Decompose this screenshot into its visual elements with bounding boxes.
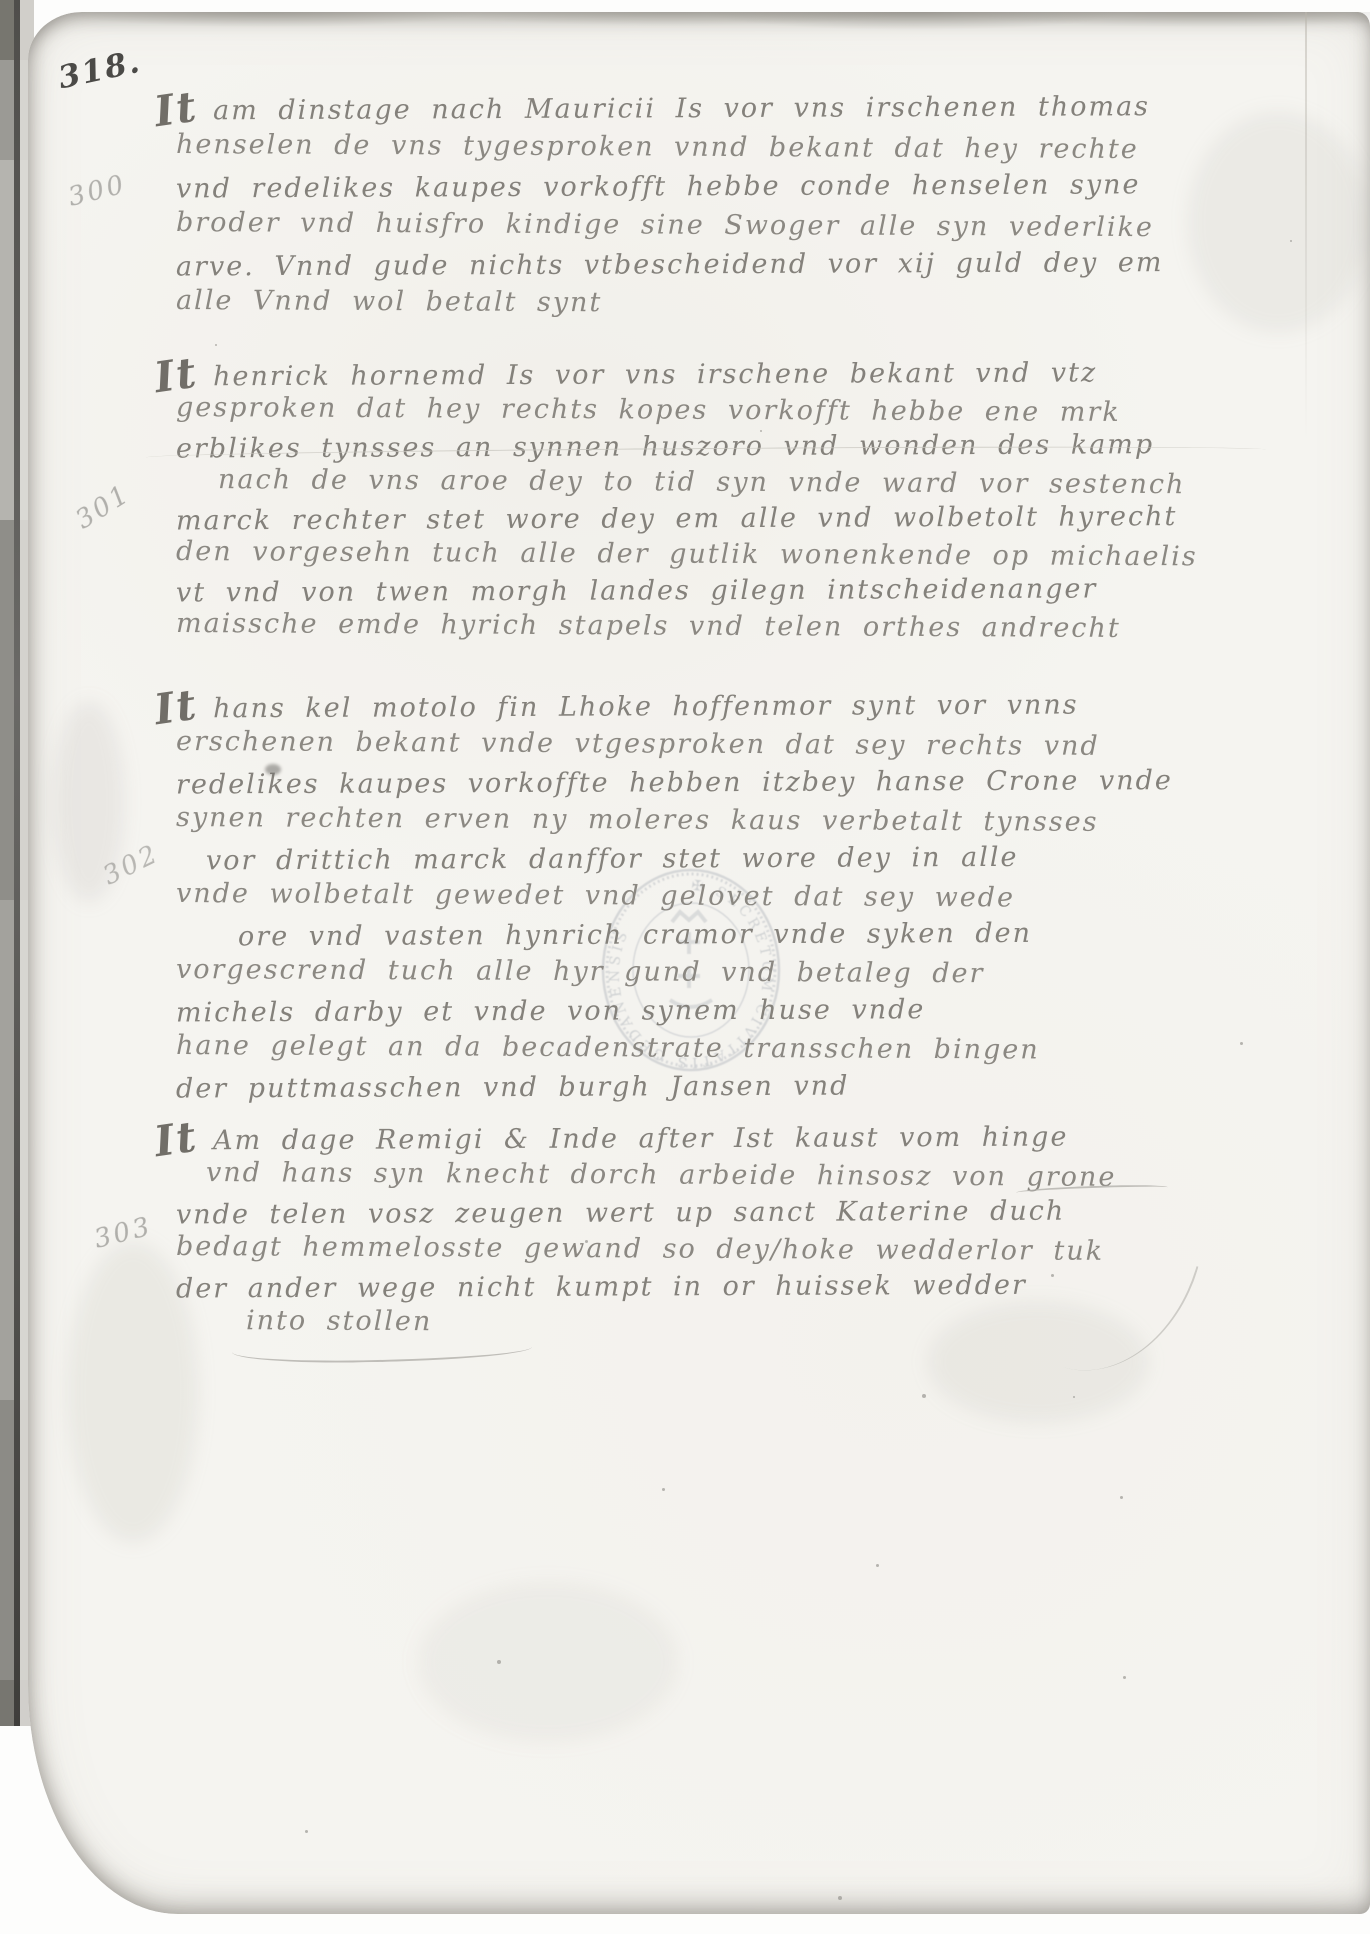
manuscript-line: Am dage Remigi & Inde after Ist kaust vo… (213, 1122, 1068, 1157)
bleed-through-ghost (54, 702, 124, 902)
manuscript-line: broder vnd huisfro kindige sine Swoger a… (176, 203, 1316, 248)
manuscript-line: nach de vns aroe dey to tid syn vnde war… (218, 462, 1316, 504)
manuscript-line: ore vnd vasten hynrich cramor vnde syken… (238, 914, 1316, 957)
foxing-speck (838, 1896, 842, 1900)
entry-block-302: Ithans kel motolo fin Lhoke hoffenmor sy… (176, 680, 1316, 1106)
margin-number-301: 301 (71, 479, 137, 536)
manuscript-line: am dinstage nach Mauricii Is vor vns irs… (213, 91, 1150, 126)
manuscript-line: henselen de vns tygesproken vnnd bekant … (176, 125, 1316, 170)
manuscript-line: vt vnd von twen morgh landes gilegn ints… (176, 571, 1316, 612)
manuscript-line: maissche emde hyrich stapels vnd telen o… (176, 606, 1316, 648)
manuscript-line: marck rechter stet wore dey em alle vnd … (176, 499, 1316, 540)
torn-top-edge (28, 12, 1370, 38)
foxing-speck (1120, 1496, 1123, 1499)
manuscript-line: michels darby et vnde von synem huse vnd… (176, 990, 1316, 1033)
manuscript-page: 318. 300 301 302 303 ✠ SECRETUM CIVITATI… (28, 12, 1370, 1914)
manuscript-line: vorgescrend tuch alle hyr gund vnd betal… (176, 951, 1316, 995)
manuscript-line: den vorgesehn tuch alle der gutlik wonen… (176, 534, 1316, 576)
foxing-speck (662, 1488, 665, 1491)
foxing-speck (1123, 1676, 1126, 1679)
foxing-speck (760, 430, 762, 432)
scanned-manuscript: 318. 300 301 302 303 ✠ SECRETUM CIVITATI… (0, 0, 1370, 1934)
manuscript-line: hans kel motolo fin Lhoke hoffenmor synt… (213, 690, 1079, 725)
foxing-speck (1240, 1042, 1243, 1045)
water-stain (1188, 112, 1368, 332)
manuscript-line: vnd redelikes kaupes vorkofft hebbe cond… (176, 165, 1316, 209)
manuscript-line: vnde telen vosz zeugen wert up sanct Kat… (176, 1192, 1316, 1234)
foxing-speck (585, 1240, 588, 1243)
manuscript-line: henrick hornemd Is vor vns irschene beka… (213, 357, 1097, 392)
ink-smudge (265, 764, 281, 775)
manuscript-line: der puttmasschen vnd burgh Jansen vnd (176, 1066, 1316, 1109)
water-stain (928, 1302, 1148, 1422)
water-stain (68, 1242, 198, 1542)
manuscript-line: vnde wolbetalt gewedet vnd gelovet dat s… (176, 875, 1316, 919)
foxing-speck (922, 1394, 926, 1398)
water-stain (418, 1582, 678, 1742)
entry-block-300: Itam dinstage nach Mauricii Is vor vns i… (176, 82, 1316, 323)
manuscript-line: vor drittich marck danffor stet wore dey… (206, 838, 1316, 881)
margin-number-300: 300 (65, 169, 129, 212)
foxing-speck (876, 1564, 879, 1567)
manuscript-line: synen rechten erven ny moleres kaus verb… (176, 799, 1316, 843)
item-mark: It (152, 1116, 201, 1164)
manuscript-line: alle Vnnd wol betalt synt (176, 281, 1316, 326)
folio-number: 318. (55, 44, 144, 97)
ink-sweep-flourish (232, 1339, 532, 1364)
manuscript-line: erschenen bekant vnde vtgesproken dat se… (176, 723, 1316, 767)
manuscript-line: hane gelegt an da becadenstrate transsch… (176, 1027, 1316, 1071)
foxing-speck (215, 344, 217, 346)
entry-block-301: Ithenrick hornemd Is vor vns irschene be… (176, 348, 1316, 645)
foxing-speck (305, 1830, 308, 1833)
manuscript-line: gesproken dat hey rechts kopes vorkofft … (176, 390, 1316, 432)
manuscript-line: arve. Vnnd gude nichts vtbescheidend vor… (176, 243, 1316, 287)
manuscript-line: redelikes kaupes vorkoffte hebben itzbey… (176, 762, 1316, 805)
foxing-speck (1051, 1274, 1054, 1277)
